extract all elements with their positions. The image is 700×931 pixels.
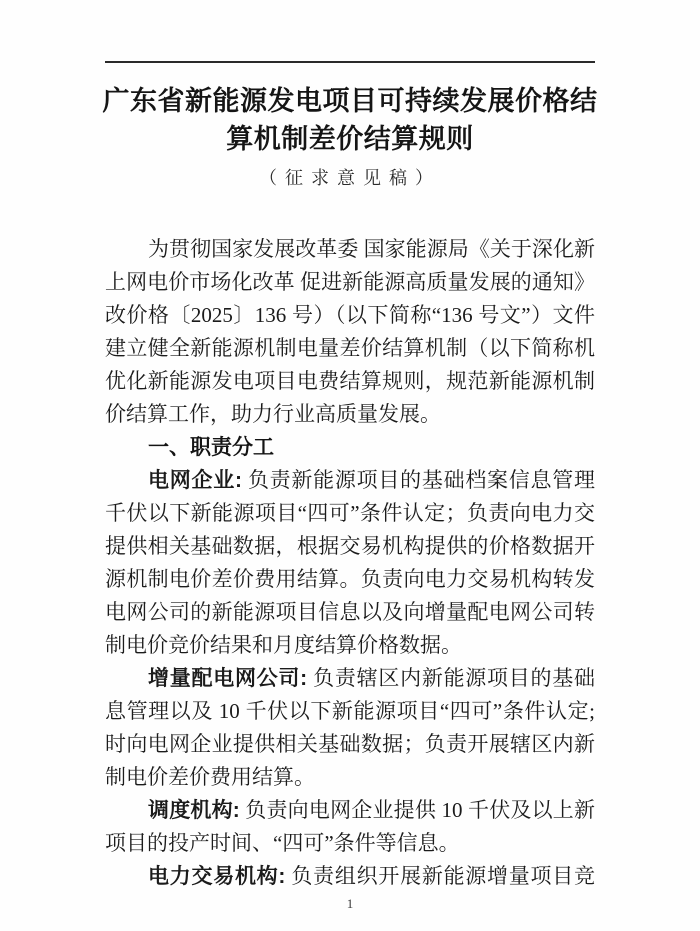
header-divider-rule <box>105 61 595 63</box>
paragraph-line: 优化新能源发电项目电费结算规则，规范新能源机制电价差 <box>105 365 595 398</box>
paragraph-text: 优化新能源发电项目电费结算规则，规范新能源机制电价差 <box>105 369 595 398</box>
paragraph-text: 电网公司的新能源项目信息以及向增量配电网公司转发机 <box>105 600 595 629</box>
page-number: 1 <box>0 896 700 912</box>
paragraph-text: 项目的投产时间、“四可”条件等信息。 <box>105 831 460 855</box>
paragraph-line: 制电价竞价结果和月度结算价格数据。 <box>105 629 595 662</box>
paragraph-line: 建立健全新能源机制电量差价结算机制（以下简称机制）， <box>105 332 595 365</box>
paragraph-line: 千伏以下新能源项目“四可”条件认定；负责向电力交易机构 <box>105 497 595 530</box>
paragraph-line: 改价格〔2025〕136 号）（以下简称“136 号文”）文件要求， <box>105 299 595 332</box>
paragraph-line: 为贯彻国家发展改革委 国家能源局《关于深化新能源 <box>105 233 595 266</box>
section-heading: 一、职责分工 <box>105 431 595 464</box>
paragraph-line: 源机制电价差价费用结算。负责向电力交易机构转发增量配 <box>105 563 595 596</box>
paragraph-label: 增量配电网公司: <box>148 667 307 690</box>
paragraph-text: 改价格〔2025〕136 号）（以下简称“136 号文”）文件要求， <box>105 303 595 332</box>
paragraph-line: 调度机构: 负责向电网企业提供 10 千伏及以上新能源 <box>105 794 595 827</box>
paragraph-text: 建立健全新能源机制电量差价结算机制（以下简称机制）， <box>105 336 595 365</box>
paragraph-line: 项目的投产时间、“四可”条件等信息。 <box>105 827 595 860</box>
paragraph-text: 提供相关基础数据，根据交易机构提供的价格数据开展新能 <box>105 534 595 563</box>
paragraph-line: 提供相关基础数据，根据交易机构提供的价格数据开展新能 <box>105 530 595 563</box>
paragraph-line: 制电价差价费用结算。 <box>105 761 595 794</box>
paragraph-line: 增量配电网公司: 负责辖区内新能源项目的基础档案信 <box>105 662 595 695</box>
document-body: 为贯彻国家发展改革委 国家能源局《关于深化新能源上网电价市场化改革 促进新能源高… <box>105 233 595 893</box>
paragraph-text: 为贯彻国家发展改革委 国家能源局《关于深化新能源 <box>148 237 595 266</box>
paragraph-line: 电网企业: 负责新能源项目的基础档案信息管理以及 10 <box>105 464 595 497</box>
paragraph-text: 息管理以及 10 千伏以下新能源项目“四可”条件认定; 负责及 <box>105 699 595 728</box>
paragraph-text: 制电价竞价结果和月度结算价格数据。 <box>105 633 462 657</box>
document-page: 广东省新能源发电项目可持续发展价格结 算机制差价结算规则 （征求意见稿） 为贯彻… <box>0 0 700 931</box>
paragraph-label: 电网企业: <box>148 469 242 492</box>
paragraph-line: 息管理以及 10 千伏以下新能源项目“四可”条件认定; 负责及 <box>105 695 595 728</box>
document-title: 广东省新能源发电项目可持续发展价格结 算机制差价结算规则 <box>60 82 640 158</box>
document-title-line1: 广东省新能源发电项目可持续发展价格结 <box>60 82 640 120</box>
paragraph-text: 上网电价市场化改革 促进新能源高质量发展的通知》（发 <box>105 270 595 299</box>
paragraph-line: 电网公司的新能源项目信息以及向增量配电网公司转发机 <box>105 596 595 629</box>
paragraph-line: 价结算工作，助力行业高质量发展。 <box>105 398 595 431</box>
paragraph-line: 上网电价市场化改革 促进新能源高质量发展的通知》（发 <box>105 266 595 299</box>
paragraph-label: 电力交易机构: <box>148 865 285 888</box>
document-title-line2: 算机制差价结算规则 <box>60 120 640 158</box>
paragraph-line: 电力交易机构: 负责组织开展新能源增量项目竞价; 负 <box>105 860 595 893</box>
paragraph-text: 千伏以下新能源项目“四可”条件认定；负责向电力交易机构 <box>105 501 595 530</box>
paragraph-text: 源机制电价差价费用结算。负责向电力交易机构转发增量配 <box>105 567 595 596</box>
paragraph-line: 时向电网企业提供相关基础数据；负责开展辖区内新能源机 <box>105 728 595 761</box>
document-subtitle: （征求意见稿） <box>0 164 700 190</box>
paragraph-label: 调度机构: <box>148 799 240 822</box>
paragraph-text: 时向电网企业提供相关基础数据；负责开展辖区内新能源机 <box>105 732 595 761</box>
paragraph-text: 价结算工作，助力行业高质量发展。 <box>105 402 441 426</box>
paragraph-text: 制电价差价费用结算。 <box>105 765 315 789</box>
